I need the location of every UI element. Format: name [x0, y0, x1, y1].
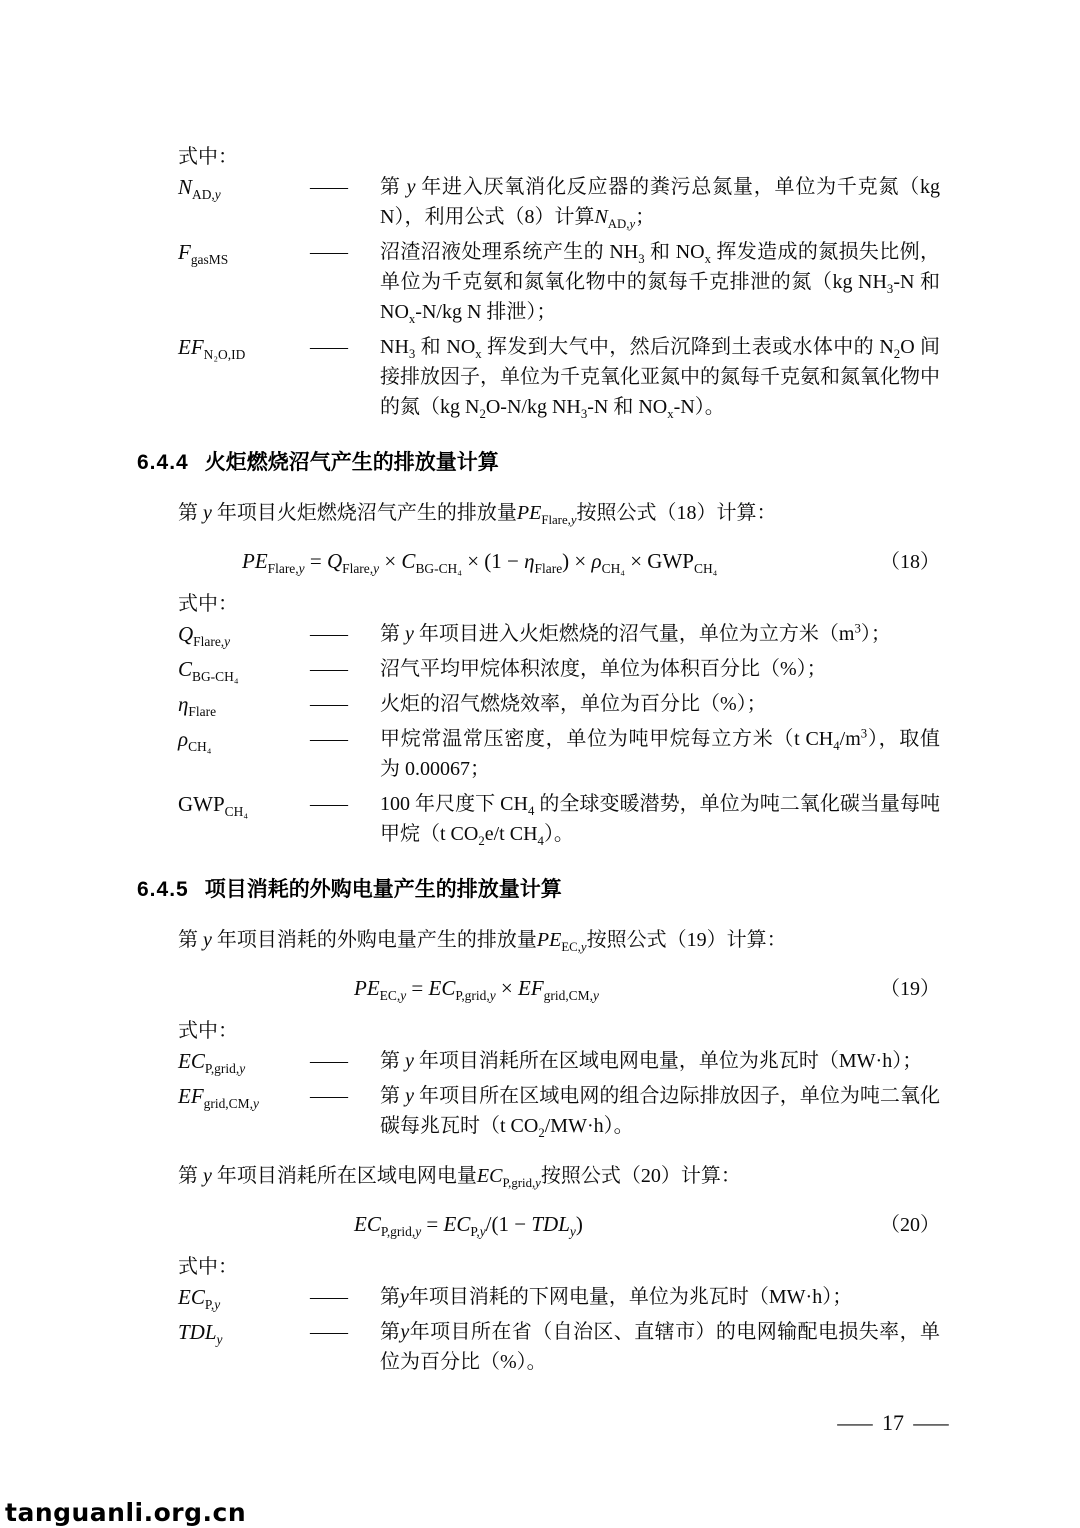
term-description: 甲烷常温常压密度，单位为吨甲烷每立方米（t CH4/m3），取值为 0.0006…	[380, 724, 940, 784]
term-symbol: EFgrid,CM,y	[178, 1081, 310, 1141]
term-dash: ——	[310, 789, 380, 849]
term-dash: ——	[310, 1046, 380, 1076]
term-description: 100 年尺度下 CH4 的全球变暖潜势，单位为吨二氧化碳当量每吨甲烷（t CO…	[380, 789, 940, 849]
footer-dash-right: —	[913, 1410, 948, 1436]
equation-body: PEFlare,y = QFlare,y × CBG-CH₄ × (1 − ηF…	[242, 544, 717, 578]
section-heading-644: 6.4.4火炬燃烧沼气产生的排放量计算	[137, 448, 940, 478]
where-label: 式中：	[137, 142, 940, 172]
term-symbol: EFN₂O,ID	[178, 332, 310, 422]
term-dash: ——	[310, 689, 380, 719]
body-paragraph: 第 y 年项目消耗的外购电量产生的排放量PEEC,y按照公式（19）计算：	[137, 925, 940, 955]
term-row: FgasMS —— 沼渣沼液处理系统产生的 NH3 和 NOx 挥发造成的氮损失…	[137, 237, 940, 327]
body-paragraph: 第 y 年项目火炬燃烧沼气产生的排放量PEFlare,y按照公式（18）计算：	[137, 498, 940, 528]
term-row: NAD,y —— 第 y 年进入厌氧消化反应器的粪污总氮量，单位为千克氮（kg …	[137, 172, 940, 232]
term-symbol: ECP,y	[178, 1282, 310, 1312]
term-row: CBG-CH₄ —— 沼气平均甲烷体积浓度，单位为体积百分比（%）；	[137, 654, 940, 684]
term-row: ECP,grid,y —— 第 y 年项目消耗所在区域电网电量，单位为兆瓦时（M…	[137, 1046, 940, 1076]
term-dash: ——	[310, 1282, 380, 1312]
term-description: 第 y 年项目所在区域电网的组合边际排放因子，单位为吨二氧化碳每兆瓦时（t CO…	[380, 1081, 940, 1141]
term-description: 沼渣沼液处理系统产生的 NH3 和 NOx 挥发造成的氮损失比例，单位为千克氨和…	[380, 237, 940, 327]
term-dash: ——	[310, 1081, 380, 1141]
term-symbol: CBG-CH₄	[178, 654, 310, 684]
term-dash: ——	[310, 654, 380, 684]
term-dash: ——	[310, 237, 380, 327]
section-number: 6.4.4	[137, 451, 189, 474]
term-row: EFN₂O,ID —— NH3 和 NOx 挥发到大气中，然后沉降到土表或水体中…	[137, 332, 940, 422]
term-symbol: ρCH₄	[178, 724, 310, 784]
term-symbol: ηFlare	[178, 689, 310, 719]
equation-row-19: PEEC,y = ECP,grid,y × EFgrid,CM,y （19）	[137, 971, 940, 1006]
term-row: ECP,y —— 第y年项目消耗的下网电量，单位为兆瓦时（MW·h）；	[137, 1282, 940, 1312]
document-page: 式中： NAD,y —— 第 y 年进入厌氧消化反应器的粪污总氮量，单位为千克氮…	[0, 0, 1080, 1528]
term-description: 第 y 年项目进入火炬燃烧的沼气量，单位为立方米（m3）；	[380, 619, 940, 649]
equation-number: （19）	[880, 972, 940, 1006]
watermark: tanguanli.org.cn	[5, 1498, 246, 1527]
footer-dash-left: —	[837, 1410, 872, 1436]
page-number: 17	[882, 1410, 904, 1436]
section-title: 火炬燃烧沼气产生的排放量计算	[205, 451, 499, 474]
term-dash: ——	[310, 619, 380, 649]
equation-number: （18）	[880, 545, 940, 579]
term-symbol: QFlare,y	[178, 619, 310, 649]
term-row: GWPCH₄ —— 100 年尺度下 CH4 的全球变暖潜势，单位为吨二氧化碳当…	[137, 789, 940, 849]
equation-row-18: PEFlare,y = QFlare,y × CBG-CH₄ × (1 − ηF…	[137, 544, 940, 579]
body-paragraph: 第 y 年项目消耗所在区域电网电量ECP,grid,y按照公式（20）计算：	[137, 1161, 940, 1191]
term-symbol: TDLy	[178, 1317, 310, 1377]
section-number: 6.4.5	[137, 878, 189, 901]
term-dash: ——	[310, 724, 380, 784]
term-symbol: FgasMS	[178, 237, 310, 327]
equation-row-20: ECP,grid,y = ECP,y/(1 − TDLy) （20）	[137, 1207, 940, 1242]
term-row: ρCH₄ —— 甲烷常温常压密度，单位为吨甲烷每立方米（t CH4/m3），取值…	[137, 724, 940, 784]
term-description: 沼气平均甲烷体积浓度，单位为体积百分比（%）；	[380, 654, 940, 684]
term-dash: ——	[310, 172, 380, 232]
term-description: 第 y 年项目消耗所在区域电网电量，单位为兆瓦时（MW·h）；	[380, 1046, 940, 1076]
where-label: 式中：	[137, 1252, 940, 1282]
term-description: 火炬的沼气燃烧效率，单位为百分比（%）；	[380, 689, 940, 719]
where-label: 式中：	[137, 589, 940, 619]
term-description: 第y年项目消耗的下网电量，单位为兆瓦时（MW·h）；	[380, 1282, 940, 1312]
section-title: 项目消耗的外购电量产生的排放量计算	[205, 878, 562, 901]
term-dash: ——	[310, 1317, 380, 1377]
page-footer: — 17 —	[844, 1410, 942, 1436]
term-description: NH3 和 NOx 挥发到大气中，然后沉降到土表或水体中的 N2O 间接排放因子…	[380, 332, 940, 422]
equation-body: ECP,grid,y = ECP,y/(1 − TDLy)	[354, 1207, 583, 1241]
page-content: 式中： NAD,y —— 第 y 年进入厌氧消化反应器的粪污总氮量，单位为千克氮…	[0, 0, 1080, 1377]
term-row: EFgrid,CM,y —— 第 y 年项目所在区域电网的组合边际排放因子，单位…	[137, 1081, 940, 1141]
term-description: 第y年项目所在省（自治区、直辖市）的电网输配电损失率，单位为百分比（%）。	[380, 1317, 940, 1377]
term-description: 第 y 年进入厌氧消化反应器的粪污总氮量，单位为千克氮（kg N），利用公式（8…	[380, 172, 940, 232]
term-row: QFlare,y —— 第 y 年项目进入火炬燃烧的沼气量，单位为立方米（m3）…	[137, 619, 940, 649]
where-label: 式中：	[137, 1016, 940, 1046]
term-row: ηFlare —— 火炬的沼气燃烧效率，单位为百分比（%）；	[137, 689, 940, 719]
term-symbol: GWPCH₄	[178, 789, 310, 849]
term-symbol: ECP,grid,y	[178, 1046, 310, 1076]
term-symbol: NAD,y	[178, 172, 310, 232]
section-heading-645: 6.4.5项目消耗的外购电量产生的排放量计算	[137, 875, 940, 905]
term-row: TDLy —— 第y年项目所在省（自治区、直辖市）的电网输配电损失率，单位为百分…	[137, 1317, 940, 1377]
term-dash: ——	[310, 332, 380, 422]
equation-body: PEEC,y = ECP,grid,y × EFgrid,CM,y	[354, 971, 599, 1005]
equation-number: （20）	[880, 1208, 940, 1242]
